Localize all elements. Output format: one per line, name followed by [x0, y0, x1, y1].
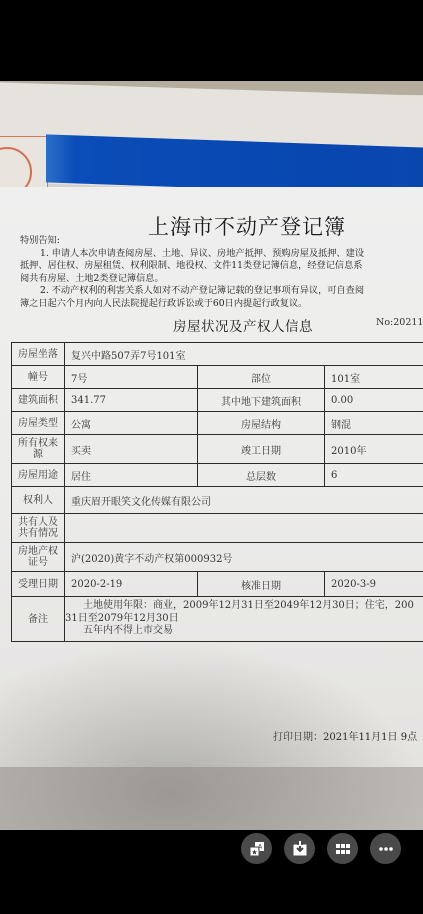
structure-label: 房屋结构: [198, 412, 325, 435]
document-number: No:202110: [376, 317, 423, 328]
translate-icon: ★ A: [248, 840, 266, 858]
ownership-source-value: 买卖: [65, 435, 198, 464]
more-button[interactable]: [370, 833, 401, 864]
house-type-value: 公寓: [65, 412, 198, 435]
notice-item1-line3: 阅共有房屋、土地2类登记簿信息。: [20, 273, 423, 286]
table-row: 房屋类型 公寓 房屋结构 钢混: [12, 412, 423, 435]
table-row: 备注 土地使用年限：商业，2009年12月31日至2049年12月30日；住宅，…: [12, 597, 423, 642]
owner-value: 重庆眉开眼笑文化传媒有限公司: [65, 487, 423, 514]
table-row: 房地产权证号 沪(2020)黄字不动产权第000932号: [12, 543, 423, 572]
table-row: 房屋坐落 复兴中路507弄7号101室: [12, 343, 423, 366]
notice-item1-line2: 抵押、居住权、房屋租赁、权利限制、地役权、文件11类登记簿信息，经登记信息系: [20, 260, 423, 273]
special-notice: 特别告知: 1. 申请人本次申请查阅房屋、土地、异议、房地产抵押、预购房屋及抵押…: [20, 235, 423, 311]
remarks-value: 土地使用年限：商业，2009年12月31日至2049年12月30日；住宅，200…: [65, 597, 423, 642]
location-label: 房屋坐落: [12, 343, 65, 366]
grid-button[interactable]: [327, 833, 358, 864]
approve-date-label: 核准日期: [198, 572, 325, 597]
property-info-table: 房屋坐落 复兴中路507弄7号101室 幢号 7号 部位 101室 建筑面积 3…: [11, 342, 423, 642]
usage-value: 居住: [65, 464, 198, 487]
translate-button[interactable]: ★ A: [241, 833, 272, 864]
notice-item1-line1: 1. 申请人本次申请查阅房屋、土地、异议、房地产抵押、预购房屋及抵押、建设: [20, 248, 423, 261]
svg-text:★: ★: [251, 848, 257, 856]
remarks-line3: 五年内不得上市交易: [71, 625, 423, 638]
building-no-label: 幢号: [12, 366, 65, 389]
notice-heading: 特别告知:: [20, 235, 423, 248]
notice-item2-line1: 2. 不动产权利的利害关系人如对不动产登记簿记载的登记事项有异议，可自查阅: [20, 285, 423, 298]
table-row: 房屋用途 居住 总层数 6: [12, 464, 423, 487]
co-owner-value: [65, 514, 423, 543]
table-row: 所有权来源 买卖 竣工日期 2010年: [12, 435, 423, 464]
remarks-label: 备注: [12, 597, 65, 642]
notice-item2-line2: 簿之日起六个月内向人民法院提起行政诉讼或于60日内提起行政复议。: [20, 298, 423, 311]
underground-area-value: 0.00: [325, 389, 423, 412]
co-owner-label: 共有人及共有情况: [12, 514, 65, 543]
total-floors-value: 6: [325, 464, 423, 487]
remarks-line1: 土地使用年限：商业，2009年12月31日至2049年12月30日；住宅，200: [71, 600, 423, 613]
unit-label: 部位: [198, 366, 325, 389]
table-row: 权利人 重庆眉开眼笑文化传媒有限公司: [12, 487, 423, 514]
structure-value: 钢混: [325, 412, 423, 435]
accept-date-value: 2020-2-19: [65, 572, 198, 597]
owner-label: 权利人: [12, 487, 65, 514]
building-no-value: 7号: [65, 366, 198, 389]
save-button[interactable]: [284, 833, 315, 864]
table-row: 幢号 7号 部位 101室: [12, 366, 423, 389]
cert-no-label: 房地产权证号: [12, 543, 65, 572]
photo-content: 上海市不动产登记簿 特别告知: 1. 申请人本次申请查阅房屋、土地、异议、房地产…: [0, 81, 423, 830]
total-floors-label: 总层数: [198, 464, 325, 487]
cert-no-value: 沪(2020)黄字不动产权第000932号: [65, 543, 423, 572]
floor-area-label: 建筑面积: [12, 389, 65, 412]
underground-area-label: 其中地下建筑面积: [198, 389, 325, 412]
location-value: 复兴中路507弄7号101室: [65, 343, 423, 366]
completion-date-label: 竣工日期: [198, 435, 325, 464]
more-icon: [377, 840, 395, 858]
viewer-top-bar: [0, 0, 423, 81]
shadow-overlay: [0, 641, 423, 830]
table-row: 共有人及共有情况: [12, 514, 423, 543]
section-title: 房屋状况及产权人信息: [173, 315, 313, 335]
remarks-line2: 31日至2079年12月30日: [65, 613, 423, 626]
usage-label: 房屋用途: [12, 464, 65, 487]
floor-area-value: 341.77: [65, 389, 198, 412]
download-icon: [291, 840, 309, 858]
table-row: 受理日期 2020-2-19 核准日期 2020-3-9: [12, 572, 423, 597]
unit-value: 101室: [325, 366, 423, 389]
viewer-bottom-bar: [0, 830, 423, 914]
approve-date-value: 2020-3-9: [325, 572, 423, 597]
table-row: 建筑面积 341.77 其中地下建筑面积 0.00: [12, 389, 423, 412]
house-type-label: 房屋类型: [12, 412, 65, 435]
grid-icon: [334, 840, 352, 858]
ownership-source-label: 所有权来源: [12, 435, 65, 464]
accept-date-label: 受理日期: [12, 572, 65, 597]
completion-date-value: 2010年: [325, 435, 423, 464]
